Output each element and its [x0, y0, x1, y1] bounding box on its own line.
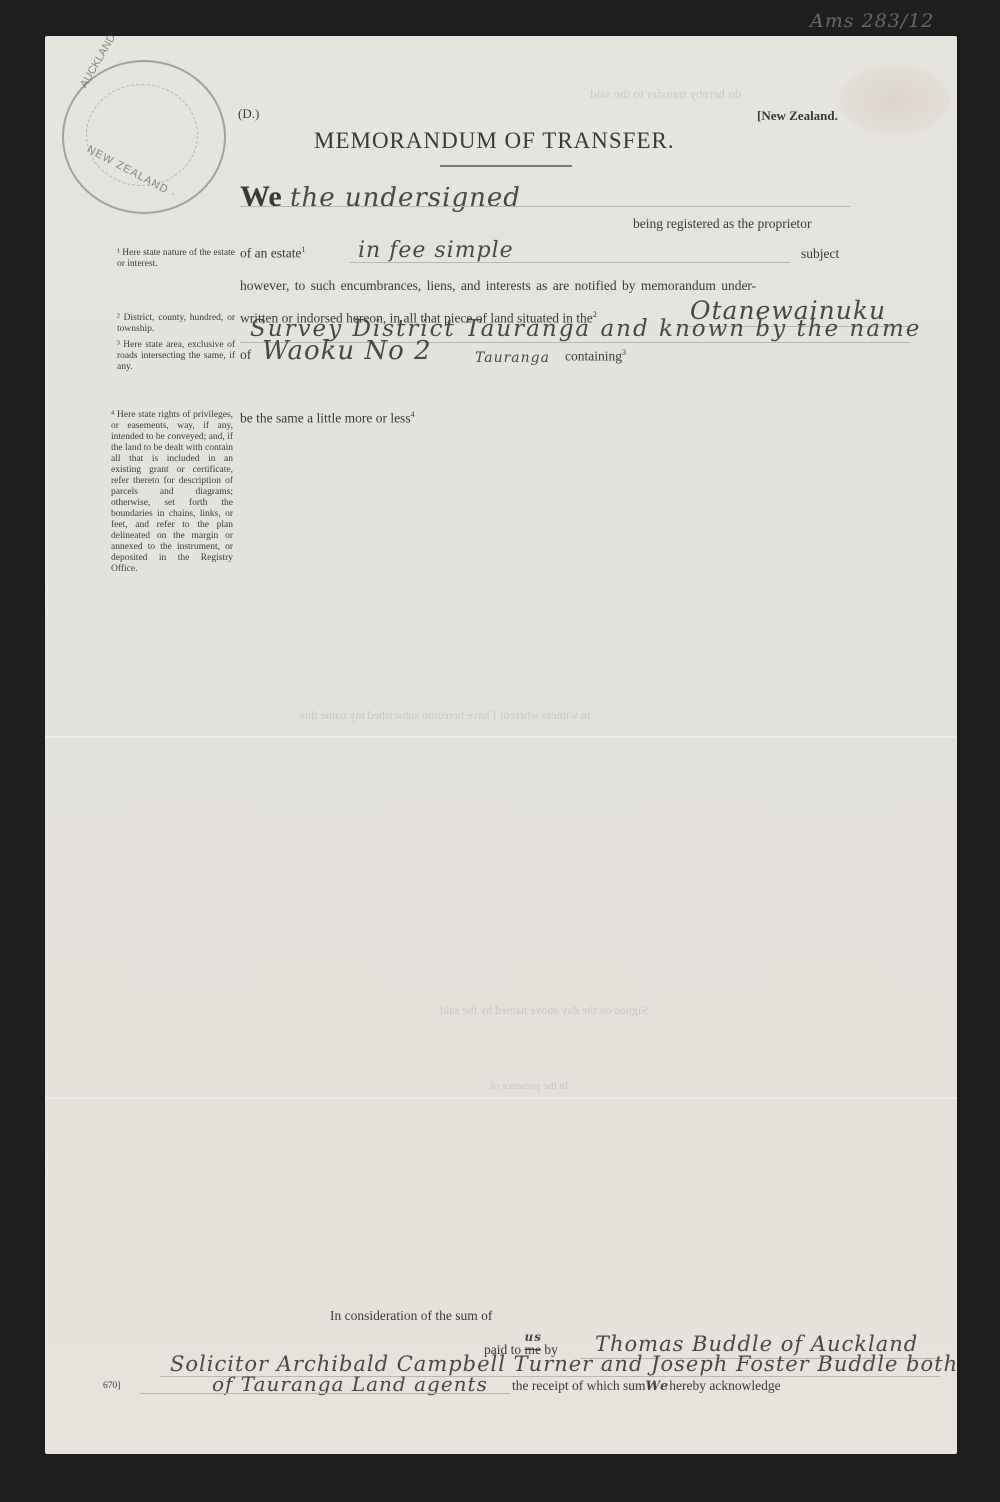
- footnote-marker: 1: [301, 245, 305, 254]
- fold-line: [45, 1097, 957, 1099]
- proprietor-text: being registered as the proprietor: [633, 216, 811, 232]
- block-name-handwritten: Waoku No 2: [262, 336, 432, 366]
- paper-stain: [840, 65, 950, 135]
- bleedthrough-text: do hereby transfer to the said: [590, 86, 741, 102]
- jurisdiction: [New Zealand.: [757, 108, 838, 124]
- area-text: be the same a little more or less: [240, 411, 411, 426]
- area-label: be the same a little more or less4: [240, 410, 415, 427]
- subject-text: subject: [801, 246, 839, 262]
- consideration-text: In consideration of the sum of: [330, 1308, 492, 1324]
- receipt-label: the receipt of which sumWehereby acknowl…: [512, 1378, 781, 1394]
- margin-note-3: ³ Here state area, exclusive of roads in…: [117, 340, 235, 373]
- margin-note-2: ² District, county, hundred, or township…: [117, 313, 235, 335]
- footnote-marker: 3: [622, 348, 626, 357]
- bleedthrough-text: Signed on the day above named by the sai…: [440, 1003, 648, 1018]
- page-title: MEMORANDUM OF TRANSFER.: [314, 128, 675, 154]
- fill-line: [240, 206, 850, 207]
- title-rule: [440, 165, 572, 167]
- containing-label: containing3: [565, 348, 626, 365]
- archive-reference: Ams 283/12: [810, 10, 934, 32]
- form-number: 670]: [103, 1381, 120, 1391]
- form-code: (D.): [238, 106, 259, 122]
- bleedthrough-text: In witness whereof I have hereunto subsc…: [300, 708, 591, 723]
- tauranga-small-handwritten: Tauranga: [475, 350, 550, 366]
- fill-line: [140, 1393, 510, 1394]
- containing-text: containing: [565, 349, 622, 364]
- footnote-marker: 4: [411, 410, 415, 419]
- estate-handwritten: in fee simple: [358, 238, 514, 263]
- of-label: of: [240, 347, 251, 363]
- margin-note-1: ¹ Here state nature of the estate or int…: [117, 248, 235, 270]
- undersigned-handwritten: the undersigned: [290, 183, 521, 213]
- estate-prefix: of an estate: [240, 246, 301, 261]
- acknowledge-text: hereby acknowledge: [669, 1378, 780, 1393]
- seal-stamp: AUCKLAND NEW ZEALAND ·: [62, 60, 226, 214]
- we-printed: We: [240, 180, 282, 214]
- receipt-text: the receipt of which sum: [512, 1378, 645, 1393]
- inserted-we-text: We: [645, 1379, 669, 1394]
- encumbrance-text: however, to such encumbrances, liens, an…: [240, 278, 850, 294]
- inserted-us-text: us: [525, 1330, 542, 1344]
- fill-line: [350, 262, 790, 263]
- bleedthrough-text: In the presence of: [490, 1080, 569, 1092]
- estate-label: of an estate1: [240, 245, 305, 262]
- margin-note-4: ⁴ Here state rights of privileges, or ea…: [111, 410, 233, 575]
- fold-line: [45, 736, 957, 738]
